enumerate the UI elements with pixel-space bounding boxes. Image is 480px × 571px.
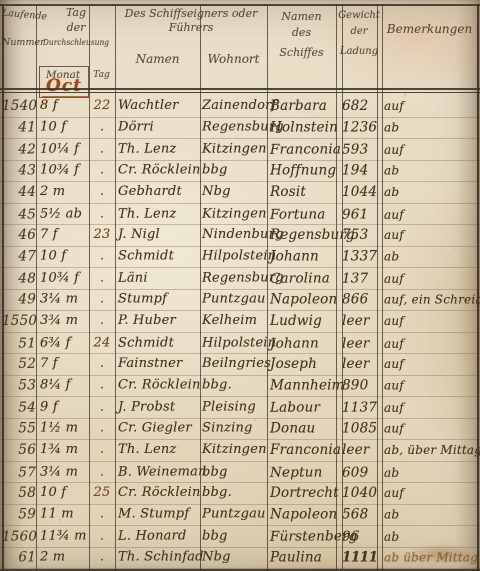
cell-remark: ab (384, 246, 478, 267)
cell-residence: Hilpolstein (202, 246, 268, 267)
ledger-row: 455½ ab.Th. LenzKitzingenFortuna961auf (0, 204, 480, 226)
cell-load: leer (342, 354, 380, 375)
cell-owner-name: Cr. Röcklein (118, 375, 200, 396)
column-header-running-number-line1: Laufende (2, 8, 37, 22)
cell-day: . (90, 547, 114, 568)
cell-owner-name: Dörri (118, 117, 200, 138)
cell-ship-name: Holnstein (270, 117, 342, 138)
cell-time: 7 f (40, 225, 88, 246)
cell-remark: auf (384, 483, 478, 504)
cell-running-number: 61 (2, 547, 36, 568)
ledger-row: 549 f.J. ProbstPleisingLabour1137auf (0, 397, 480, 419)
cell-owner-name: L. Honard (118, 526, 200, 547)
ledger-row: 15503¾ m.P. HuberKelheimLudwigleerauf (0, 311, 480, 333)
ledger-row: 5911 m.M. StumpfPuntzgauNapoleon568ab (0, 505, 480, 527)
cell-load: 1236 (342, 117, 380, 138)
cell-running-number: 44 (2, 182, 36, 203)
column-header-ship-line3: Schiffes (267, 46, 336, 59)
ledger-row: 551½ m.Cr. GieglerSinzingDonau1085auf (0, 419, 480, 441)
cell-day: . (90, 462, 114, 483)
cell-running-number: 53 (2, 375, 36, 396)
cell-residence: Sinzing (202, 418, 268, 439)
cell-residence: Kitzingen (202, 139, 268, 160)
column-header-owner-residence: Wohnort (200, 52, 267, 66)
cell-owner-name: Fainstner (118, 354, 200, 375)
cell-ship-name: Regensburg (270, 225, 342, 246)
cell-load: 1044 (342, 182, 380, 203)
cell-running-number: 1540 (2, 96, 36, 117)
cell-owner-name: Läni (118, 268, 200, 289)
ledger-row: 4710 f.SchmidtHilpolsteinJohann1337ab (0, 247, 480, 269)
cell-ship-name: Napoleon (270, 289, 342, 310)
cell-residence: Nbg (202, 547, 268, 568)
cell-remark: ab, über Mittag (384, 440, 478, 461)
cell-ship-name: Napoleon (270, 504, 342, 525)
ledger-row: 4110 f.DörriRegensburgHolnstein1236ab (0, 118, 480, 140)
cell-time: 1¾ m (40, 440, 88, 461)
ledger-row: 612 m.Th. SchinfadNbgPaulina1111ab über … (0, 548, 480, 570)
cell-residence: Kelheim (202, 311, 268, 332)
cell-running-number: 54 (2, 397, 36, 418)
cell-load: 1137 (342, 397, 380, 418)
cell-time: 2 m (40, 182, 88, 203)
column-header-day: Tag (89, 70, 114, 80)
cell-ship-name: Fürstenberg (270, 526, 342, 547)
month-value: Oct (46, 76, 82, 96)
cell-ship-name: Neptun (270, 462, 342, 483)
cell-residence: Regensburg (202, 117, 268, 138)
cell-residence: Kitzingen (202, 440, 268, 461)
cell-residence: bbg (202, 462, 268, 483)
cell-time: 10 f (40, 117, 88, 138)
cell-running-number: 1560 (2, 526, 36, 547)
cell-running-number: 57 (2, 462, 36, 483)
ledger-row: 538¼ f.Cr. Röckleinbbg.Mannheim890auf (0, 376, 480, 398)
cell-running-number: 58 (2, 483, 36, 504)
cell-remark: auf (384, 375, 478, 396)
cell-ship-name: Joseph (270, 354, 342, 375)
cell-running-number: 45 (2, 204, 36, 225)
cell-owner-name: Schmidt (118, 246, 200, 267)
cell-remark: auf, ein Schreiben (384, 289, 478, 310)
cell-time: 1½ m (40, 418, 88, 439)
cell-residence: Regensburg (202, 268, 268, 289)
cell-ship-name: Hoffnung (270, 160, 342, 181)
cell-day: 25 (90, 483, 114, 504)
cell-running-number: 56 (2, 440, 36, 461)
cell-remark: auf (384, 204, 478, 225)
cell-day: 23 (90, 225, 114, 246)
cell-residence: Nbg (202, 182, 268, 203)
cell-day: . (90, 375, 114, 396)
cell-load: 1085 (342, 418, 380, 439)
cell-time: 8 f (40, 96, 88, 117)
cell-residence: Puntzgau (202, 504, 268, 525)
cell-remark: auf (384, 418, 478, 439)
cell-residence: bbg. (202, 483, 268, 504)
cell-load: 1111 (342, 547, 380, 568)
cell-time: 11 m (40, 504, 88, 525)
cell-owner-name: Gebhardt (118, 182, 200, 203)
cell-remark: auf (384, 225, 478, 246)
cell-remark: auf (384, 354, 478, 375)
cell-remark: auf (384, 268, 478, 289)
ledger-row: 156011¾ m.L. HonardbbgFürstenberg96ab (0, 526, 480, 548)
grid-hline (0, 4, 480, 6)
cell-ship-name: Rosit (270, 182, 342, 203)
cell-ship-name: Fortuna (270, 204, 342, 225)
cell-time: 10¾ f (40, 160, 88, 181)
cell-residence: bbg (202, 526, 268, 547)
cell-load: leer (342, 311, 380, 332)
cell-owner-name: Stumpf (118, 289, 200, 310)
column-header-owner-line1: Des Schiffseigners oder (115, 7, 267, 20)
cell-load: 753 (342, 225, 380, 246)
cell-ship-name: Paulina (270, 547, 342, 568)
cell-residence: Zainendorf (202, 96, 268, 117)
cell-remark: auf (384, 397, 478, 418)
cell-remark: ab (384, 160, 478, 181)
cell-time: 10 f (40, 483, 88, 504)
cell-residence: Kitzingen (202, 204, 268, 225)
cell-time: 6¾ f (40, 333, 88, 354)
cell-ship-name: Labour (270, 397, 342, 418)
ledger-sheet: Laufende Nummer Tag der Durchschleusung … (0, 0, 480, 571)
cell-day: . (90, 268, 114, 289)
ledger-row: 467 f23J. NiglNindenburgRegensburg753auf (0, 225, 480, 247)
cell-remark: auf (384, 96, 478, 117)
cell-ship-name: Franconia (270, 440, 342, 461)
cell-load: 568 (342, 504, 380, 525)
cell-remark: ab über Mittag (384, 547, 478, 568)
cell-residence: Pleising (202, 397, 268, 418)
cell-load: leer (342, 333, 380, 354)
cell-running-number: 52 (2, 354, 36, 375)
cell-day: . (90, 117, 114, 138)
column-header-date-line3: Durchschleusung (41, 38, 111, 48)
ledger-row: 527 f.FainstnerBeilngriesJosephleerauf (0, 354, 480, 376)
ledger-rows: 15408 f22WachtlerZainendorfBarbara682auf… (0, 96, 480, 569)
cell-load: 609 (342, 462, 380, 483)
cell-remark: ab (384, 526, 478, 547)
cell-day: . (90, 246, 114, 267)
column-header-ship-line2: des (267, 26, 336, 39)
ledger-row: 4310¾ f.Cr. RöckleinbbgHoffnung194ab (0, 161, 480, 183)
cell-residence: bbg (202, 160, 268, 181)
cell-load: 593 (342, 139, 380, 160)
cell-load: 1040 (342, 483, 380, 504)
cell-ship-name: Johann (270, 333, 342, 354)
cell-residence: Nindenburg (202, 225, 268, 246)
cell-running-number: 47 (2, 246, 36, 267)
cell-day: . (90, 354, 114, 375)
cell-load: 137 (342, 268, 380, 289)
cell-day: . (90, 160, 114, 181)
cell-day: . (90, 139, 114, 160)
cell-owner-name: Th. Schinfad (118, 547, 200, 568)
cell-remark: ab (384, 504, 478, 525)
cell-time: 5½ ab (40, 204, 88, 225)
cell-day: 24 (90, 333, 114, 354)
ledger-row: 493¼ m.StumpfPuntzgauNapoleon866auf, ein… (0, 290, 480, 312)
cell-remark: auf (384, 333, 478, 354)
cell-ship-name: Barbara (270, 96, 342, 117)
grid-hline (0, 88, 480, 90)
column-header-owner-name: Namen (115, 52, 200, 66)
cell-residence: Puntzgau (202, 289, 268, 310)
cell-ship-name: Dortrecht (270, 483, 342, 504)
ledger-row: 15408 f22WachtlerZainendorfBarbara682auf (0, 96, 480, 118)
cell-day: . (90, 440, 114, 461)
cell-ship-name: Carolina (270, 268, 342, 289)
cell-ship-name: Johann (270, 246, 342, 267)
cell-owner-name: Cr. Röcklein (118, 483, 200, 504)
cell-residence: bbg. (202, 375, 268, 396)
cell-time: 10 f (40, 246, 88, 267)
cell-load: 890 (342, 375, 380, 396)
cell-load: 1337 (342, 246, 380, 267)
cell-time: 3¼ m (40, 289, 88, 310)
cell-owner-name: Th. Lenz (118, 139, 200, 160)
cell-running-number: 41 (2, 117, 36, 138)
cell-ship-name: Donau (270, 418, 342, 439)
ledger-row: 4210¼ f.Th. LenzKitzingenFranconia593auf (0, 139, 480, 161)
cell-load: 682 (342, 96, 380, 117)
ledger-row: 516¾ f24SchmidtHilpolsteinJohannleerauf (0, 333, 480, 355)
column-header-date-line1: Tag (37, 6, 115, 19)
cell-owner-name: Th. Lenz (118, 440, 200, 461)
cell-day: . (90, 182, 114, 203)
ledger-row: 442 m.GebhardtNbgRosit1044ab (0, 182, 480, 204)
cell-running-number: 49 (2, 289, 36, 310)
cell-remark: ab (384, 117, 478, 138)
ledger-row: 561¾ m.Th. LenzKitzingenFranconialeerab,… (0, 440, 480, 462)
column-header-ship-line1: Namen (267, 10, 336, 23)
cell-time: 10¾ f (40, 268, 88, 289)
column-header-owner-line2: Führers (115, 21, 267, 34)
cell-owner-name: M. Stumpf (118, 504, 200, 525)
cell-owner-name: Cr. Giegler (118, 418, 200, 439)
cell-owner-name: Cr. Röcklein (118, 160, 200, 181)
ledger-row: 573¼ m.B. WeinemanbbgNeptun609ab (0, 462, 480, 484)
cell-running-number: 48 (2, 268, 36, 289)
cell-day: . (90, 504, 114, 525)
cell-remark: auf (384, 139, 478, 160)
cell-time: 2 m (40, 547, 88, 568)
cell-running-number: 51 (2, 333, 36, 354)
cell-time: 8¼ f (40, 375, 88, 396)
cell-residence: Beilngries (202, 354, 268, 375)
grid-hline (0, 92, 480, 93)
cell-running-number: 1550 (2, 311, 36, 332)
cell-owner-name: B. Weineman (118, 462, 200, 483)
cell-running-number: 55 (2, 418, 36, 439)
cell-load: 961 (342, 204, 380, 225)
cell-remark: ab (384, 182, 478, 203)
cell-ship-name: Franconia (270, 139, 342, 160)
cell-time: 10¼ f (40, 139, 88, 160)
cell-ship-name: Ludwig (270, 311, 342, 332)
cell-day: . (90, 289, 114, 310)
cell-day: . (90, 526, 114, 547)
cell-time: 3¾ m (40, 311, 88, 332)
ledger-row: 4810¾ f.LäniRegensburgCarolina137auf (0, 268, 480, 290)
cell-owner-name: Wachtler (118, 96, 200, 117)
cell-ship-name: Mannheim (270, 375, 342, 396)
cell-load: 96 (342, 526, 380, 547)
cell-running-number: 43 (2, 160, 36, 181)
cell-residence: Hilpolstein (202, 333, 268, 354)
cell-owner-name: Th. Lenz (118, 204, 200, 225)
cell-running-number: 59 (2, 504, 36, 525)
cell-owner-name: J. Probst (118, 397, 200, 418)
cell-day: . (90, 311, 114, 332)
cell-time: 9 f (40, 397, 88, 418)
cell-running-number: 42 (2, 139, 36, 160)
cell-owner-name: Schmidt (118, 333, 200, 354)
cell-load: leer (342, 440, 380, 461)
cell-remark: ab (384, 462, 478, 483)
cell-day: . (90, 397, 114, 418)
cell-load: 866 (342, 289, 380, 310)
cell-time: 3¼ m (40, 462, 88, 483)
cell-remark: auf (384, 311, 478, 332)
cell-running-number: 46 (2, 225, 36, 246)
cell-owner-name: P. Huber (118, 311, 200, 332)
cell-owner-name: J. Nigl (118, 225, 200, 246)
cell-time: 7 f (40, 354, 88, 375)
column-header-remarks: Bemerkungen (382, 22, 477, 36)
column-header-date-line2: der (37, 21, 115, 34)
column-header-running-number-line2: Nummer (2, 37, 36, 48)
cell-load: 194 (342, 160, 380, 181)
ledger-row: 5810 f25Cr. Röckleinbbg.Dortrecht1040auf (0, 483, 480, 505)
cell-time: 11¾ m (40, 526, 88, 547)
cell-day: . (90, 418, 114, 439)
cell-day: 22 (90, 96, 114, 117)
cell-day: . (90, 204, 114, 225)
